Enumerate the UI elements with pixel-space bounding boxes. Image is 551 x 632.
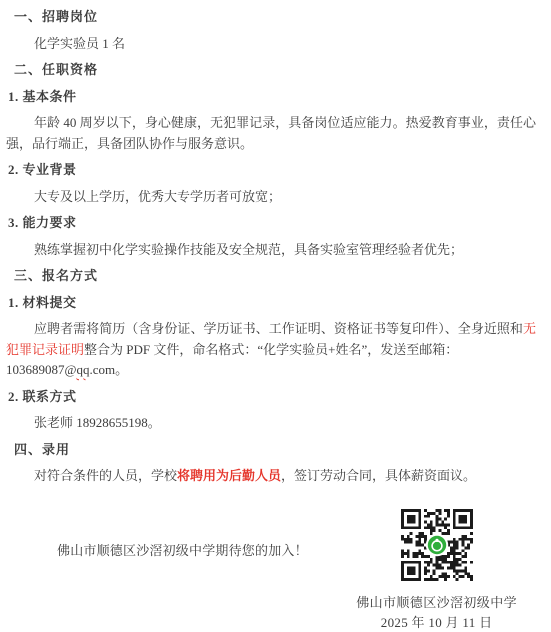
employment-text-part2: ，签订劳动合同，具体薪资面议。 bbox=[281, 468, 476, 483]
signature-block: 佛山市顺德区沙滘初级中学 2025 年 10 月 11 日 bbox=[356, 509, 517, 632]
section-heading-qualifications: 二、任职资格 bbox=[14, 60, 536, 81]
email-prefix: 103689087@ bbox=[6, 362, 76, 377]
professional-background-text: 大专及以上学历，优秀大专学历者可放宽； bbox=[6, 187, 536, 208]
recruit-position-text: 化学实验员 1 名 bbox=[6, 34, 536, 55]
section-heading-application-method: 三、报名方式 bbox=[14, 266, 536, 287]
material-text-part2: 整合为 PDF 文件，命名格式：“化学实验员+姓名”，发送至邮箱： bbox=[84, 342, 458, 357]
material-text-part1: 应聘者需将简历（含身份证、学历证书、工作证明、资格证书等复印件）、全身近照和 bbox=[34, 321, 523, 336]
ability-requirements-text: 熟练掌握初中化学实验操作技能及安全规范，具备实验室管理经验者优先； bbox=[6, 240, 536, 261]
email-address-line: 103689087@qq.com。 bbox=[6, 360, 536, 381]
subheading-basic-conditions: 1. 基本条件 bbox=[8, 87, 536, 108]
subheading-ability-requirements: 3. 能力要求 bbox=[8, 213, 536, 234]
invitation-text: 佛山市顺德区沙滘初级中学期待您的加入！ bbox=[57, 541, 308, 561]
section-heading-recruit-position: 一、招聘岗位 bbox=[14, 7, 536, 28]
employment-text-part1: 对符合条件的人员，学校 bbox=[34, 468, 177, 483]
basic-conditions-text: 年龄 40 周岁以下，身心健康，无犯罪记录，具备岗位适应能力。热爱教育事业，责任… bbox=[6, 113, 536, 154]
employment-text: 对符合条件的人员，学校将聘用为后勤人员，签订劳动合同，具体薪资面议。 bbox=[6, 466, 536, 487]
subheading-professional-background: 2. 专业背景 bbox=[8, 160, 536, 181]
hired-as-logistics-red-text: 将聘用为后勤人员 bbox=[177, 468, 281, 483]
email-qq-misspell-underline: qq bbox=[76, 362, 89, 377]
footer: 佛山市顺德区沙滘初级中学期待您的加入！ 佛山市顺德区沙滘初级中学 2025 年 … bbox=[6, 509, 536, 632]
contact-text: 张老师 18928655198。 bbox=[6, 413, 536, 434]
date: 2025 年 10 月 11 日 bbox=[381, 613, 493, 632]
document-page: 一、招聘岗位 化学实验员 1 名 二、任职资格 1. 基本条件 年龄 40 周岁… bbox=[0, 0, 551, 632]
subheading-material-submission: 1. 材料提交 bbox=[8, 293, 536, 314]
school-name: 佛山市顺德区沙滘初级中学 bbox=[356, 593, 517, 613]
email-suffix: .com。 bbox=[89, 362, 128, 377]
material-submission-text: 应聘者需将简历（含身份证、学历证书、工作证明、资格证书等复印件）、全身近照和无犯… bbox=[6, 319, 536, 360]
subheading-contact-method: 2. 联系方式 bbox=[8, 387, 536, 408]
qr-code bbox=[400, 509, 474, 581]
section-heading-employment: 四、录用 bbox=[14, 440, 536, 461]
